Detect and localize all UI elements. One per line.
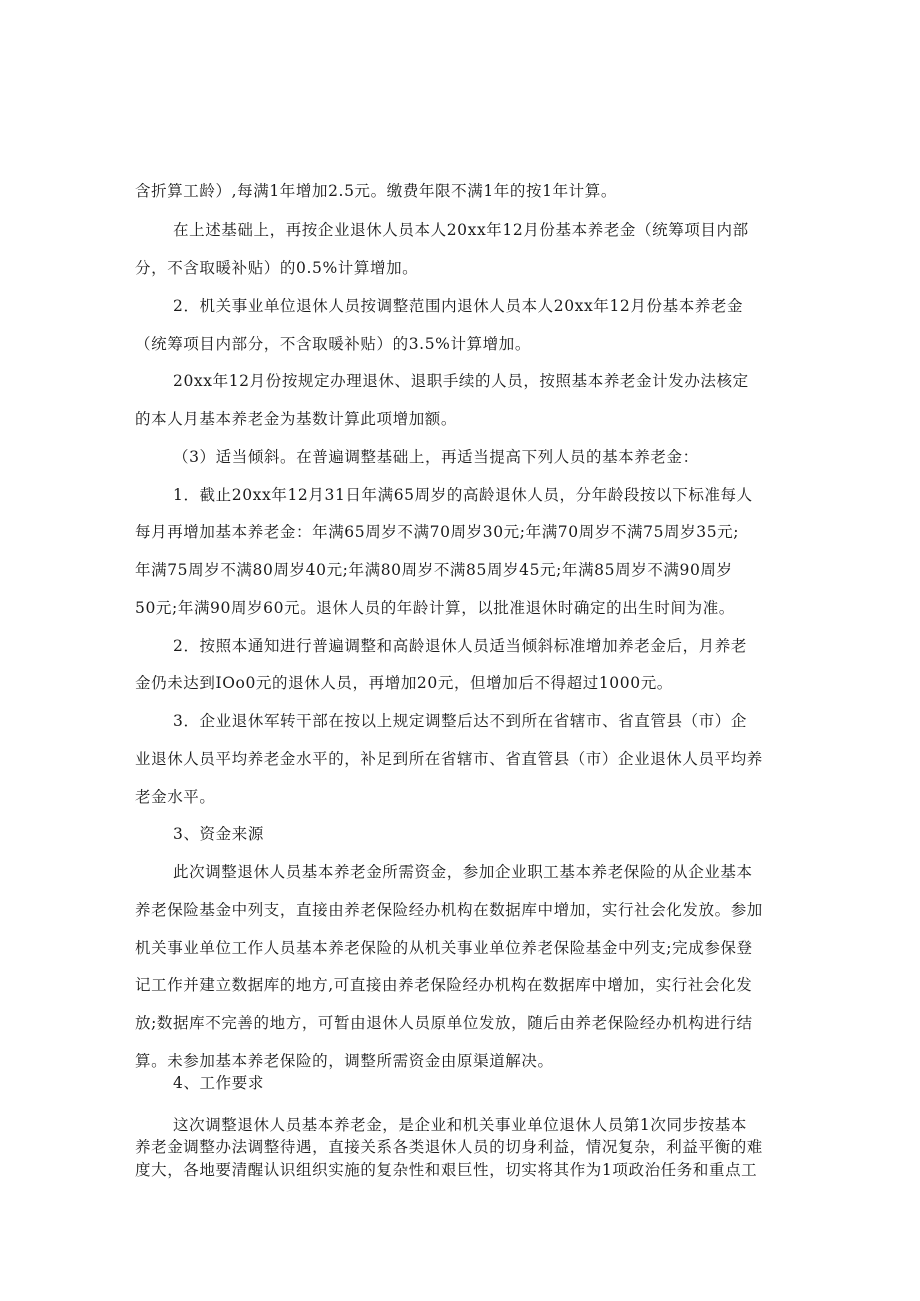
text-line: （统筹项目内部分，不含取暖补贴）的3.5%计算增加。 [135, 334, 531, 354]
text-line: 每月再增加基本养老金：年满65周岁不满70周岁30元;年满70周岁不满75周岁3… [135, 522, 739, 542]
text-line: 放;数据库不完善的地方，可暂由退休人员原单位发放，随后由养老保险经办机构进行结 [135, 1013, 753, 1033]
text-line: 含折算工龄）,每满1年增加2.5元。缴费年限不满1年的按1年计算。 [135, 181, 617, 201]
section-heading: 4、工作要求 [173, 1073, 264, 1093]
text-line: 在上述基础上，再按企业退休人员本人20xx年12月份基本养老金（统筹项目内部 [173, 220, 749, 240]
text-line: 这次调整退休人员基本养老金，是企业和机关事业单位退休人员第1次同步按基本 [173, 1115, 747, 1135]
section-heading: 3、资金来源 [173, 824, 264, 844]
text-line: 记工作并建立数据库的地方,可直接由养老保险经办机构在数据库中增加，实行社会化发 [135, 975, 752, 995]
document-page: 含折算工龄）,每满1年增加2.5元。缴费年限不满1年的按1年计算。 在上述基础上… [0, 0, 920, 1301]
text-line: 老金水平。 [135, 787, 216, 807]
text-line: 养老金调整办法调整待遇，直接关系各类退休人员的切身利益，情况复杂，利益平衡的难 [135, 1137, 763, 1157]
text-line: 的本人月基本养老金为基数计算此项增加额。 [135, 409, 457, 429]
text-line: 2．机关事业单位退休人员按调整范围内退休人员本人20xx年12月份基本养老金 [173, 296, 743, 316]
text-line: 养老保险基金中列支，直接由养老保险经办机构在数据库中增加，实行社会化发放。参加 [135, 900, 763, 920]
text-line: 2．按照本通知进行普遍调整和高龄退休人员适当倾斜标准增加养老金后，月养老 [173, 636, 747, 656]
text-line: 算。未参加基本养老保险的，调整所需资金由原渠道解决。 [135, 1051, 554, 1071]
text-line: 50元;年满90周岁60元。退休人员的年龄计算，以批准退休时确定的出生时间为准。 [135, 598, 735, 618]
text-line: 金仍未达到IOo0元的退休人员，再增加20元，但增加后不得超过1000元。 [135, 673, 673, 693]
text-line: 年满75周岁不满80周岁40元;年满80周岁不满85周岁45元;年满85周岁不满… [135, 560, 733, 580]
text-line: 20xx年12月份按规定办理退休、退职手续的人员，按照基本养老金计发办法核定 [173, 371, 749, 391]
text-line: 度大，各地要清醒认识组织实施的复杂性和艰巨性，切实将其作为1项政治任务和重点工 [135, 1160, 757, 1180]
text-line: 3．企业退休军转干部在按以上规定调整后达不到所在省辖市、省直管县（市）企 [173, 711, 747, 731]
text-line: 业退休人员平均养老金水平的，补足到所在省辖市、省直管县（市）企业退休人员平均养 [135, 749, 763, 769]
text-line: 分，不含取暖补贴）的0.5%计算增加。 [135, 258, 418, 278]
text-line: 1．截止20xx年12月31日年满65周岁的高龄退休人员，分年龄段按以下标准每人 [173, 485, 753, 505]
text-line: 机关事业单位工作人员基本养老保险的从机关事业单位养老保险基金中列支;完成参保登 [135, 938, 753, 958]
section-heading: （3）适当倾斜。在普遍调整基础上，再适当提高下列人员的基本养老金： [173, 447, 699, 467]
text-line: 此次调整退休人员基本养老金所需资金，参加企业职工基本养老保险的从企业基本 [173, 862, 753, 882]
